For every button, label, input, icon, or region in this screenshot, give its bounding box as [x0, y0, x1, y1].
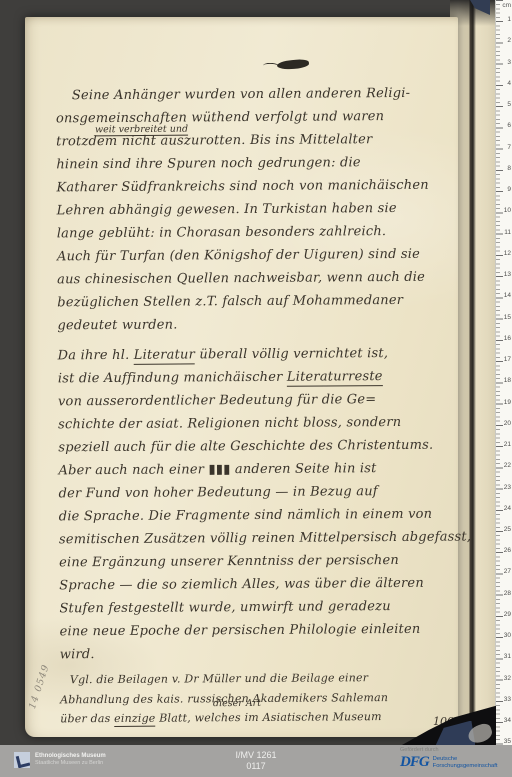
manuscript-line: semitischen Zusätzen völlig reinen Mitte… [59, 526, 445, 552]
ruler-number: 22 [504, 462, 511, 469]
manuscript-text: Seine Anhänger wurden von allen anderen … [56, 82, 446, 729]
manuscript-line: gedeutet wurden. [57, 312, 443, 338]
ruler-number: 3 [507, 59, 511, 66]
ruler-number: 26 [504, 547, 511, 554]
manuscript-line: Stufen festgestellt wurde, umwirft und g… [59, 595, 445, 621]
pencil-shelfmark-note: 14 0549 [27, 663, 52, 710]
ruler-number: 31 [504, 653, 511, 660]
ruler-number: 10 [504, 207, 511, 214]
ruler-number: 21 [504, 441, 511, 448]
ruler-number: 6 [507, 122, 511, 129]
manuscript-page: Seine Anhänger wurden von allen anderen … [25, 17, 458, 737]
ruler-number: 5 [507, 101, 511, 108]
scan-viewer: cm 1234567891011121314151617181920212223… [0, 0, 512, 777]
ruler-number: 7 [507, 144, 511, 151]
ruler-number: 4 [507, 80, 511, 87]
manuscript-line: über das einzige Blatt, welches im Asiat… [60, 707, 446, 729]
manuscript-line: der Fund von hoher Bedeutung — in Bezug … [59, 480, 445, 506]
manuscript-line: ist die Auffindung manichäischer Literat… [58, 365, 444, 391]
manuscript-line: von ausserordentlicher Bedeutung für die… [58, 388, 444, 414]
ruler-number: 34 [504, 717, 511, 724]
ruler-number: 33 [504, 696, 511, 703]
manuscript-line: Da ihre hl. Literatur überall völlig ver… [58, 342, 444, 368]
funded-by-label: Gefördert durch [400, 747, 504, 753]
ruler-number: 29 [504, 611, 511, 618]
ruler-number: 14 [504, 292, 511, 299]
manuscript-line: die Sprache. Die Fragmente sind nämlich … [59, 503, 445, 529]
ruler-number: 1 [507, 16, 511, 23]
ruler-number: 24 [504, 505, 511, 512]
ruler-number: 15 [504, 314, 511, 321]
manuscript-line: Aber auch nach einer ▮▮▮ anderen Seite h… [58, 457, 444, 483]
manuscript-line: Seine Anhänger wurden von allen anderen … [56, 82, 442, 108]
ruler-number: 11 [504, 229, 511, 236]
ruler-number: 32 [504, 675, 511, 682]
manuscript-line: Vgl. die Beilagen v. Dr Müller und die B… [60, 668, 446, 690]
ruler-number: 30 [504, 632, 511, 639]
manuscript-line: Sprache — die so ziemlich Alles, was übe… [59, 572, 445, 598]
ruler-number: 20 [504, 420, 511, 427]
interlinear-insertion: dieser Art [213, 698, 261, 709]
ruler-number: 2 [507, 37, 511, 44]
underlined-word: einzige [114, 712, 155, 727]
ruler-unit-label: cm [502, 2, 511, 9]
footer-bar: Ethnologisches Museum Staatliche Museen … [0, 745, 512, 777]
ruler-number: 25 [504, 526, 511, 533]
ink-blot-crossed-out-word [277, 59, 310, 71]
manuscript-line: wird. [60, 641, 446, 667]
ruler-number: 16 [504, 335, 511, 342]
manuscript-line: eine neue Epoche der persischen Philolog… [59, 618, 445, 644]
ruler-number: 23 [504, 484, 511, 491]
ruler-number: 13 [504, 271, 511, 278]
ruler-number: 19 [504, 399, 511, 406]
manuscript-line: schichte der asiat. Religionen nicht blo… [58, 411, 444, 437]
dfg-logo: DFG [400, 754, 429, 771]
ruler-number: 27 [504, 568, 511, 575]
interlinear-insertion: weit verbreitet und [95, 124, 188, 137]
ruler-number: 28 [504, 590, 511, 597]
manuscript-line: lange geblüht: in Chorasan besonders zah… [57, 220, 443, 246]
manuscript-line: Katharer Südfrankreichs sind noch von ma… [56, 174, 442, 200]
ruler-number: 8 [507, 165, 511, 172]
manuscript-line: Lehren abhängig gewesen. In Turkistan ha… [57, 197, 443, 223]
manuscript-line: eine Ergänzung unserer Kenntniss der per… [59, 549, 445, 575]
ruler-number: 17 [504, 356, 511, 363]
dfg-branding: Gefördert durch DFG Deutsche Forschungsg… [400, 747, 504, 771]
dfg-full-name: Deutsche Forschungsgemeinschaft [433, 756, 498, 769]
underlined-word: Literatur [134, 347, 195, 364]
manuscript-line: aus chinesischen Quellen nachweisbar, we… [57, 266, 443, 292]
measurement-ruler: cm 1234567891011121314151617181920212223… [495, 0, 512, 745]
ruler-number: 9 [507, 186, 511, 193]
manuscript-line: bezüglichen Stellen z.T. falsch auf Moha… [57, 289, 443, 315]
manuscript-line: Auch für Turfan (den Königshof der Uigur… [57, 243, 443, 269]
manuscript-line: speziell auch für die alte Geschichte de… [58, 434, 444, 460]
ruler-number: 18 [504, 377, 511, 384]
underlined-word: Literaturreste [287, 369, 383, 387]
ruler-number: 12 [504, 250, 511, 257]
manuscript-line: hinein sind ihre Spuren noch gedrungen: … [56, 151, 442, 177]
